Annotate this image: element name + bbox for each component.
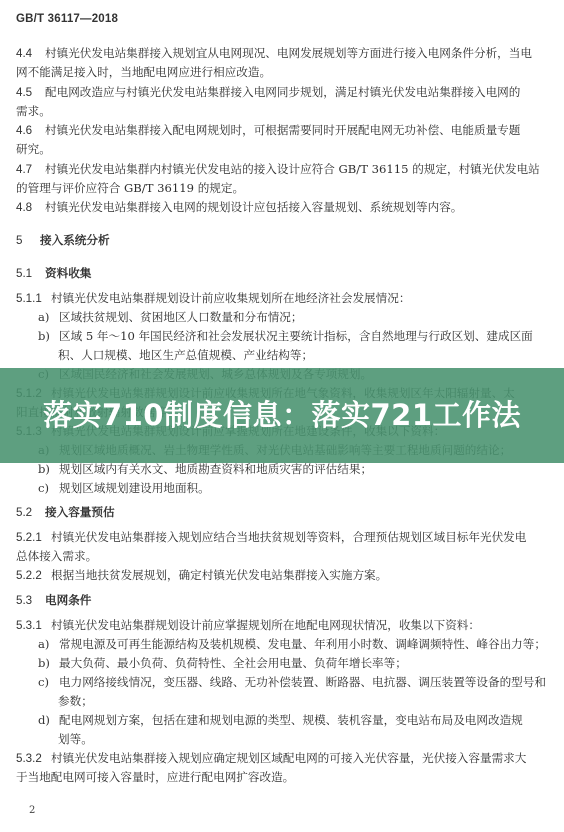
list-item-5-3-1-b: b)最大负荷、最小负荷、负荷特性、全社会用电量、负荷年增长率等； — [38, 655, 544, 671]
list-item-5-1-3-b: b)规划区域内有关水文、地质勘查资料和地质灾害的评估结果； — [38, 461, 544, 477]
overlay-banner: 落实710制度信息：落实721工作法 — [0, 368, 564, 463]
section-5-3-heading: 5.3电网条件 — [16, 592, 91, 608]
clause-4-7-cont: 的管理与评价应符合 GB/T 36119 的规定。 — [16, 180, 544, 196]
clause-5-2-1: 5.2.1村镇光伏发电站集群接入规划应结合当地扶贫规划等资料，合理预估规划区域目… — [16, 529, 544, 546]
clause-5-3-2-cont: 于当地配电网可接入容量时，应进行配电网扩容改造。 — [16, 769, 544, 785]
clause-4-5-cont: 需求。 — [16, 103, 544, 119]
section-5-heading: 5接入系统分析 — [16, 232, 110, 248]
clause-5-2-2: 5.2.2根据当地扶贫发展规划，确定村镇光伏发电站集群接入实施方案。 — [16, 567, 544, 584]
list-item-5-3-1-a: a)常规电源及可再生能源结构及装机规模、发电量、年利用小时数、调峰调频特性、峰谷… — [38, 636, 544, 652]
clause-4-6-cont: 研究。 — [16, 141, 544, 157]
page-number: 2 — [29, 805, 35, 816]
standard-header: GB/T 36117—2018 — [16, 13, 118, 25]
list-item-5-1-1-b: b)区域 5 年～10 年国民经济和社会发展状况主要统计指标，含自然地理与行政区… — [38, 328, 544, 344]
clause-4-4: 4.4村镇光伏发电站集群接入规划宜从电网现况、电网发展规划等方面进行接入电网条件… — [16, 45, 544, 62]
list-item-5-1-3-c: c)规划区域规划建设用地面积。 — [38, 480, 544, 496]
clause-5-3-1: 5.3.1村镇光伏发电站集群规划设计前应掌握规划所在地配电网现状情况，收集以下资… — [16, 617, 544, 634]
list-item-5-1-1-a: a)区域扶贫规划、贫困地区人口数量和分布情况； — [38, 309, 544, 325]
list-item-5-3-1-c: c)电力网络接线情况，变压器、线路、无功补偿装置、断路器、电抗器、调压装置等设备… — [38, 674, 544, 690]
clause-4-4-cont: 网不能满足接入时，当地配电网应进行相应改造。 — [16, 64, 544, 80]
clause-4-6: 4.6村镇光伏发电站集群接入配电网规划时，可根据需要同时开展配电网无功补偿、电能… — [16, 122, 544, 139]
banner-title: 落实710制度信息：落实721工作法 — [43, 393, 521, 434]
list-item-5-3-1-d: d)配电网规划方案，包括在建和规划电源的类型、规模、装机容量，变电站布局及电网改… — [38, 712, 544, 728]
clause-4-7: 4.7村镇光伏发电站集群内村镇光伏发电站的接入设计应符合 GB/T 36115 … — [16, 161, 544, 178]
clause-4-5: 4.5配电网改造应与村镇光伏发电站集群接入电网同步规划，满足村镇光伏发电站集群接… — [16, 84, 544, 101]
clause-4-8: 4.8村镇光伏发电站集群接入电网的规划设计应包括接入容量规划、系统规划等内容。 — [16, 199, 544, 216]
list-item-5-1-1-b-cont: 积、人口规模、地区生产总值规模、产业结构等； — [58, 347, 544, 363]
section-5-1-heading: 5.1资料收集 — [16, 265, 91, 281]
clause-5-1-1: 5.1.1村镇光伏发电站集群规划设计前应收集规划所在地经济社会发展情况： — [16, 290, 544, 307]
section-5-2-heading: 5.2接入容量预估 — [16, 504, 115, 520]
clause-5-3-2: 5.3.2村镇光伏发电站集群接入规划应确定规划区域配电网的可接入光伏容量，光伏接… — [16, 750, 544, 767]
list-item-5-3-1-c-cont: 参数； — [58, 693, 544, 709]
clause-5-2-1-cont: 总体接入需求。 — [16, 548, 544, 564]
list-item-5-3-1-d-cont: 划等。 — [58, 731, 544, 747]
